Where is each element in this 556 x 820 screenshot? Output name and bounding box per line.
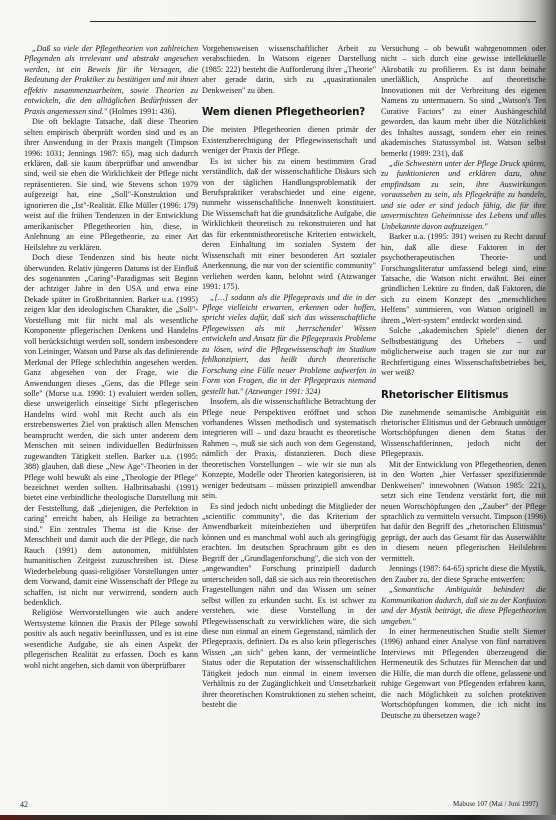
header-rule [90,21,536,22]
paragraph: Es ist sicher bis zu einem bestimmten Gr… [202,157,376,293]
paragraph: In einer hermeneutischen Studie stellt S… [381,627,546,721]
paragraph: Insofern, als die wissenschaftliche Betr… [202,397,376,502]
page-number: 42 [20,800,28,809]
paragraph: Mit der Entwicklung von Pflegetheorien, … [381,460,546,565]
block-quote: „Daß so viele der Pflegetheorien von zah… [24,44,198,117]
paragraph: Vorgehensweisen wissenschaftlicher Arbei… [202,44,376,96]
paragraph: Barker u.a. (1995: 391) weisen zu Recht … [381,232,546,326]
text-column-3: Versuchung – ob bewußt wahrgenommen oder… [381,44,546,721]
paragraph: Die zunehmende semantische Ambiguität ei… [381,408,546,460]
block-quote: „[…] sodann als die Pflegepraxis und die… [202,293,376,398]
quote-citation: (Holmes 1991: 436). [107,107,176,116]
section-heading: Rhetorischer Elitismus [381,390,546,402]
paragraph: Die meisten Pflegetheorien dienen primär… [202,125,376,156]
paragraph: Die oft beklagte Tatsache, daß diese The… [24,117,198,253]
paragraph: Es sind jedoch nicht unbedingt die Mitgl… [202,502,376,711]
section-heading: Wem dienen Pflegetheorien? [202,107,376,119]
magazine-issue: Mabuse 107 (Mai / Juni 1997) [453,800,538,808]
text-column-1: „Daß so viele der Pflegetheorien von zah… [24,44,198,671]
block-quote: „die Schwestern unter der Pflege Druck s… [381,159,546,232]
page-binding-shadow [538,0,556,820]
magazine-page: „Daß so viele der Pflegetheorien von zah… [0,0,556,820]
paragraph: Solche „akademischen Spiele" dienen der … [381,326,546,378]
paragraph: Versuchung – ob bewußt wahrgenommen oder… [381,44,546,159]
block-quote: „Semantische Ambiguität behindert die Ko… [381,585,546,627]
quote-citation: (Atzwanger 1991: 324) [243,387,320,396]
page-bottom-edge [0,815,556,820]
paragraph: Religiöse Wertvorstellungen wie auch and… [24,608,198,671]
text-column-2: Vorgehensweisen wissenschaftlicher Arbei… [202,44,376,711]
paragraph: Doch diese Tendenzen sind bis heute nich… [24,253,198,608]
paragraph: Jennings (1987: 64-65) spricht diese die… [381,564,546,585]
